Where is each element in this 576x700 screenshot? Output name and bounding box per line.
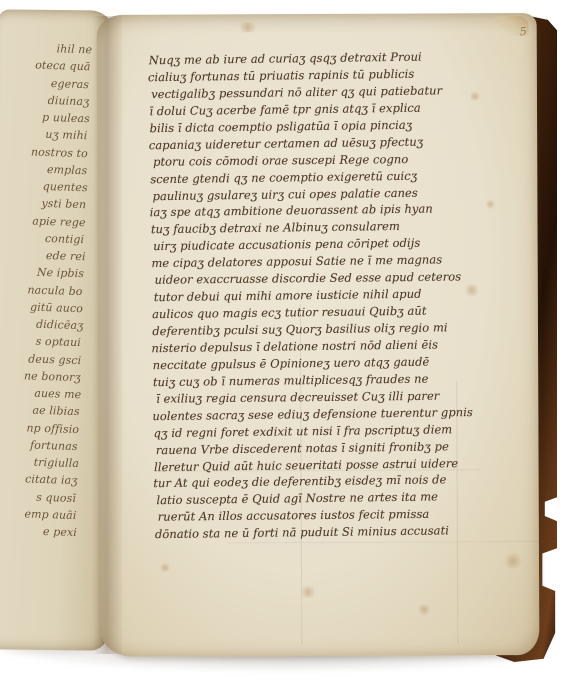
foxing-spot xyxy=(237,22,259,32)
manuscript-text-line: egeras xyxy=(0,73,89,93)
manuscript-text-line: dōnatio sta ne ū forti nā puduit Si mini… xyxy=(155,522,489,543)
manuscript-text-line: uʒ mihi xyxy=(0,125,88,145)
manuscript-text-line: ede rei xyxy=(0,245,86,265)
foxing-spot xyxy=(464,283,480,297)
page-number: 5 xyxy=(519,25,527,39)
manuscript-text-line: s optaui xyxy=(0,332,81,352)
manuscript-page: 5 Nuqʒ me ab iure ad curiaʒ qsqʒ detraxi… xyxy=(97,13,540,657)
foxing-spot xyxy=(159,563,171,573)
manuscript-text-line: quentes xyxy=(0,176,88,196)
foxing-spot xyxy=(503,553,523,569)
manuscript-text-line: e pexi xyxy=(0,521,77,541)
foxing-spot xyxy=(417,604,431,616)
foxing-spot xyxy=(485,199,495,209)
left-page-text-fragments: ihil neoteca quāegerasdiuinaʒp uuleasuʒ … xyxy=(0,39,96,542)
manuscript-text-line: s quosī xyxy=(0,487,76,507)
crease-line xyxy=(229,541,559,543)
manuscript-text-line: ihil ne xyxy=(3,39,92,59)
manuscript-text-line: ptoru cois cōmodi orae suscepi Rege cogn… xyxy=(153,150,487,170)
manuscript-photo: ihil neoteca quāegerasdiuinaʒp uuleasuʒ … xyxy=(0,0,576,700)
foxing-spot xyxy=(469,91,481,101)
manuscript-text-line: nacula bo xyxy=(0,280,83,300)
manuscript-text-line: aues me xyxy=(0,383,81,403)
manuscript-text-line: trigiulla xyxy=(0,452,79,472)
